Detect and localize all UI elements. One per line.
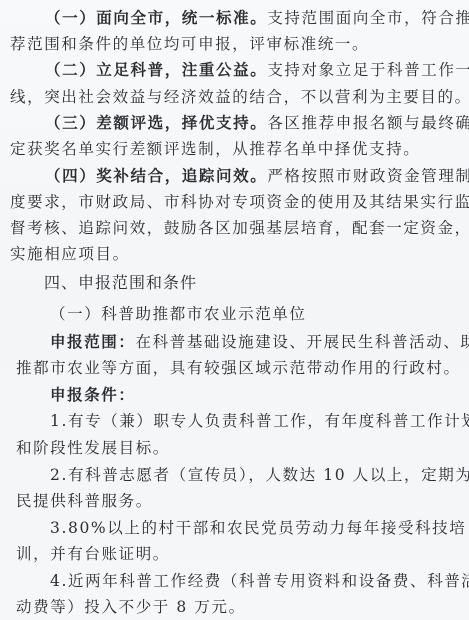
conditions-label-text: 申报条件： [50, 385, 136, 404]
conditions-label: 申报条件： [0, 384, 469, 406]
principle-3-label: （三）差额评选，择优支持。 [45, 113, 267, 132]
principle-4-label: （四）奖补结合，追踪问效。 [45, 166, 267, 185]
principle-2-line-1: （二）立足科普，注重公益。支持对象立足于科普工作一 [0, 59, 469, 81]
principle-4-line-1: （四）奖补结合，追踪问效。严格按照市财政资金管理制 [0, 165, 469, 187]
document-page: （一）面向全市，统一标准。支持范围面向全市，符合推 荐范围和条件的单位均可申报，… [0, 0, 469, 620]
condition-3-line-2: 训，并有台账证明。 [0, 543, 469, 565]
scope-text: 在科普基础设施建设、开展民生科普活动、助 [136, 333, 469, 351]
scope-line-1: 申报范围：在科普基础设施建设、开展民生科普活动、助 [0, 331, 469, 353]
principle-2-label: （二）立足科普，注重公益。 [45, 60, 267, 79]
scope-label: 申报范围： [50, 332, 136, 351]
principle-3-line-2: 定获奖名单实行差额评选制，从推荐名单中择优支持。 [0, 138, 469, 160]
principle-1-line-2: 荐范围和条件的单位均可申报，评审标准统一。 [0, 33, 469, 55]
condition-2-line-2: 民提供科普服务。 [0, 490, 469, 512]
principle-1-text: 支持范围面向全市，符合推 [267, 9, 469, 27]
condition-1-line-1: 1.有专（兼）职专人负责科普工作，有年度科普工作计划 [0, 410, 469, 432]
principle-1-line-1: （一）面向全市，统一标准。支持范围面向全市，符合推 [0, 7, 469, 29]
principle-2-line-2: 线，突出社会效益与经济效益的结合，不以营利为主要目的。 [0, 86, 469, 108]
principle-1-label: （一）面向全市，统一标准。 [45, 8, 267, 27]
principle-4-text: 严格按照市财政资金管理制 [267, 167, 469, 185]
principle-2-text: 支持对象立足于科普工作一 [267, 61, 469, 79]
principle-3-text: 各区推荐申报名额与最终确 [267, 114, 469, 132]
scope-line-2: 推都市农业等方面，具有较强区域示范带动作用的行政村。 [0, 357, 469, 379]
principle-3-line-1: （三）差额评选，择优支持。各区推荐申报名额与最终确 [0, 112, 469, 134]
condition-4-line-2: 动费等）投入不少于 8 万元。 [0, 596, 469, 618]
section-heading: 四、申报范围和条件 [0, 272, 469, 294]
condition-4-line-1: 4.近两年科普工作经费（科普专用资料和设备费、科普活 [0, 570, 469, 592]
condition-2-line-1: 2.有科普志愿者（宣传员），人数达 10 人以上，定期为村 [0, 464, 469, 486]
condition-1-line-2: 和阶段性发展目标。 [0, 437, 469, 459]
principle-4-line-4: 实施相应项目。 [0, 243, 469, 265]
principle-4-line-2: 度要求，市财政局、市科协对专项资金的使用及其结果实行监 [0, 191, 469, 213]
subsection-title: （一）科普助推都市农业示范单位 [0, 303, 469, 325]
condition-3-line-1: 3.80%以上的村干部和农民党员劳动力每年接受科技培 [0, 517, 469, 539]
principle-4-line-3: 督考核、追踪问效，鼓励各区加强基层培育，配套一定资金， [0, 217, 469, 239]
